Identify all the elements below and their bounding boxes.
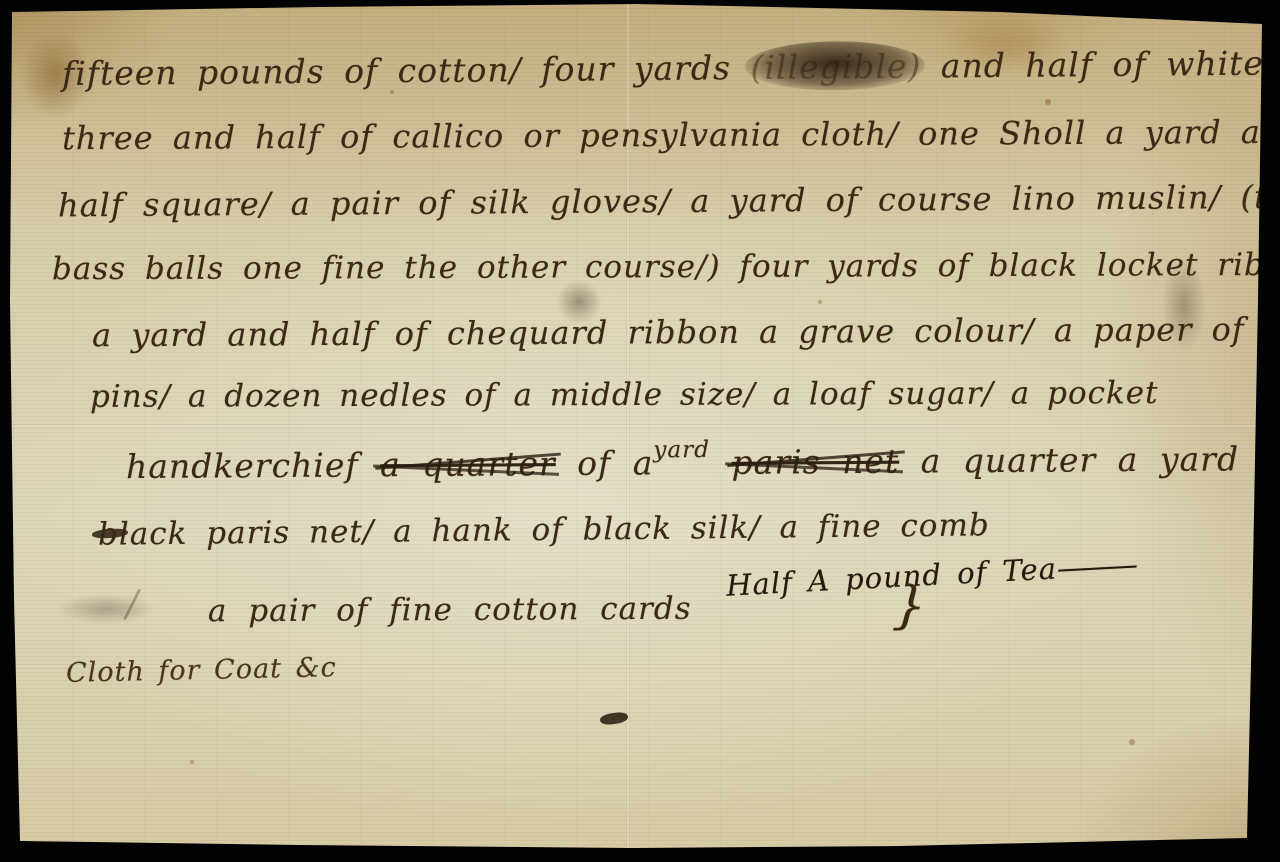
handwritten-line-slash9: / <box>126 584 139 625</box>
handwritten-line-l7: handkerchief a quarter of ayard paris ne… <box>126 439 1280 486</box>
handwritten-line-l9: a pair of fine cotton cards <box>208 591 692 630</box>
scan-background: fifteen pounds of cotton/ four yards (il… <box>0 0 1280 862</box>
handwritten-text: of a <box>556 443 654 483</box>
handwritten-line-l6: pins/ a dozen nedles of a middle size/ a… <box>90 375 1159 415</box>
struck-word: paris net <box>731 442 899 482</box>
handwritten-text: bass balls one fine the other course/) f… <box>52 247 1280 287</box>
handwritten-text: pins/ a dozen nedles of a middle size/ a… <box>90 375 1159 415</box>
handwritten-text: three and half of callico or pensylvania… <box>62 113 1280 158</box>
inserted-word: yard <box>653 437 710 463</box>
handwritten-line-l2: three and half of callico or pensylvania… <box>62 113 1280 158</box>
handwritten-text: and half of white cambrick/ <box>921 42 1280 86</box>
struck-word: a quarter <box>380 444 556 484</box>
handwritten-text: fifteen pounds of cotton/ four yards <box>62 48 751 93</box>
handwritten-line-l5: a yard and half of chequard ribbon a gra… <box>92 310 1280 355</box>
handwritten-text: a pair of fine cotton cards <box>208 591 692 630</box>
handwritten-line-bracket: } <box>891 575 929 637</box>
fox-spots <box>0 0 4 4</box>
handwritten-line-l10: Cloth for Coat &c <box>66 652 337 689</box>
handwritten-text: handkerchief <box>126 445 380 486</box>
handwritten-line-l4: bass balls one fine the other course/) f… <box>52 247 1280 287</box>
scratched-out-word: (illegible) <box>750 47 921 87</box>
handwritten-text: a quarter a yard of <box>899 439 1280 481</box>
handwritten-text: } <box>891 575 929 637</box>
fold-crease-horizontal-upper <box>0 424 1280 428</box>
handwritten-text: ——— <box>1056 547 1136 585</box>
handwritten-text: a yard and half of chequard ribbon a gra… <box>92 310 1280 355</box>
manuscript-page: fifteen pounds of cotton/ four yards (il… <box>0 0 1280 862</box>
handwritten-text: Cloth for Coat &c <box>66 652 337 689</box>
handwritten-text: / <box>126 584 139 625</box>
